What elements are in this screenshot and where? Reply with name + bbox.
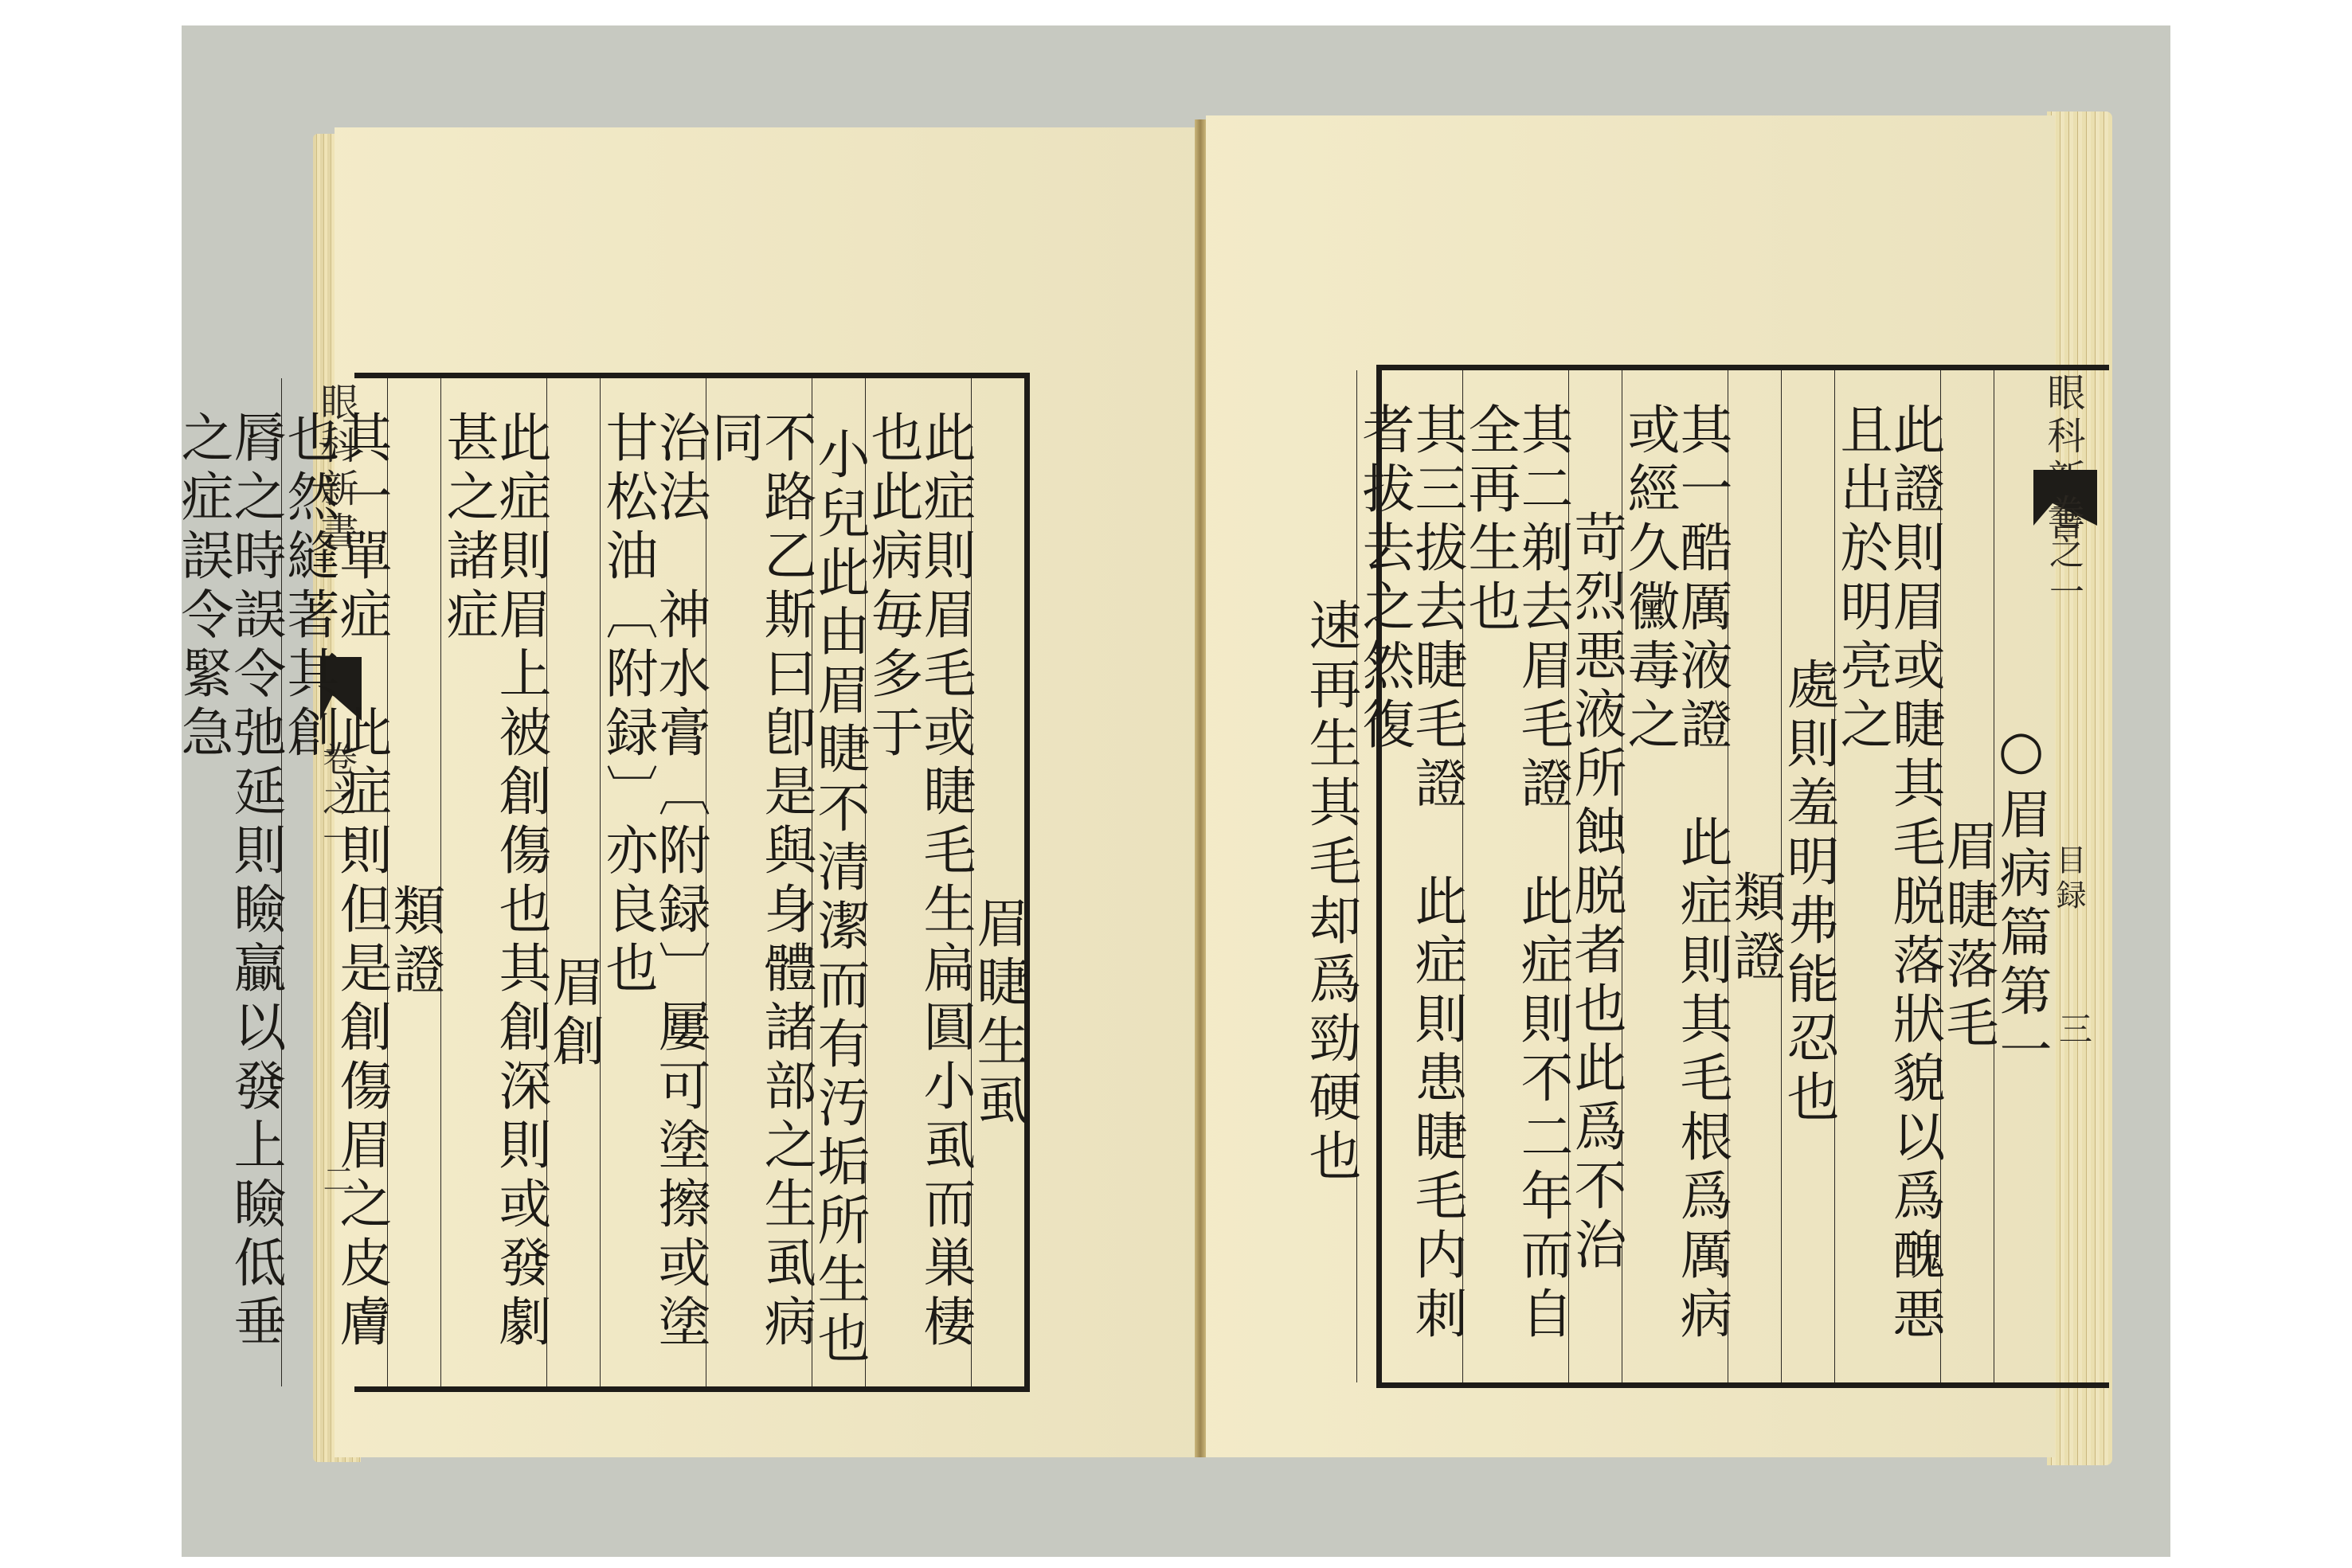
column-text: 不路乙斯曰卽是與身體諸部之生虱病同 xyxy=(706,410,812,1386)
left-col-7: 此症則眉上被創傷也其創深則或發劇甚之諸症 xyxy=(440,378,546,1386)
right-col-1-chapter-title: ○眉病篇第一 xyxy=(1994,370,2047,1382)
right-col-4: 處則羞明弗能忍也 xyxy=(1781,370,1834,1382)
right-col-5-subheading: 類證 xyxy=(1728,370,1781,1382)
column-text: 其一酷厲液證 此症則其毛根爲厲病或經久黴毒之 xyxy=(1622,402,1728,1382)
right-columns: ○眉病篇第一 眉睫落毛 此證則眉或睫其毛脱落狀貌以爲醜悪且出於明亮之 處則羞明弗… xyxy=(1382,370,2047,1382)
column-text: 脣之時誤令弛延則瞼贏以發上瞼低垂之症誤令緊急 xyxy=(176,410,281,1386)
column-text: 此症則眉上被創傷也其創深則或發劇甚之諸症 xyxy=(441,410,546,1386)
column-text: 類證 xyxy=(1728,870,1781,987)
column-text: 速再生其毛却爲勁硬也 xyxy=(1304,598,1356,1187)
column-text: 眉睫落毛 xyxy=(1941,819,1994,1054)
right-col-10: 速再生其毛却爲勁硬也 xyxy=(1304,370,1356,1382)
column-text: 其一單症 此症則但是創傷眉之皮膚也然縫著其創 xyxy=(282,410,387,1386)
book-gutter xyxy=(1195,119,1206,1457)
column-text: 其二剃去眉毛證 此症則不二年而自全再生也 xyxy=(1463,402,1568,1382)
column-text: 處則羞明弗能忍也 xyxy=(1782,657,1834,1128)
column-text: 苛烈悪液所蝕脱者也此爲不治 xyxy=(1569,510,1622,1276)
left-col-2: 此症則眉毛或睫毛生扁圓小虱而巣棲也此病毎多于 xyxy=(865,378,971,1386)
left-col-5: 治法 神水膏〔附録〕屢可塗擦或塗甘松油〔附録〕亦良也 xyxy=(600,378,706,1386)
column-text: 眉睫生虱 xyxy=(972,896,1024,1132)
left-col-9: 其一單症 此症則但是創傷眉之皮膚也然縫著其創 xyxy=(281,378,387,1386)
right-col-9: 其三拔去睫毛證 此症則患睫毛内刺者拔去之然復 xyxy=(1356,370,1462,1382)
left-col-1-heading: 眉睫生虱 xyxy=(971,378,1024,1386)
right-col-8: 其二剃去眉毛證 此症則不二年而自全再生也 xyxy=(1462,370,1568,1382)
left-col-4: 不路乙斯曰卽是與身體諸部之生虱病同 xyxy=(706,378,812,1386)
right-col-6: 其一酷厲液證 此症則其毛根爲厲病或經久黴毒之 xyxy=(1622,370,1728,1382)
left-col-10: 脣之時誤令弛延則瞼贏以發上瞼低垂之症誤令緊急 xyxy=(176,378,281,1386)
right-col-2-heading: 眉睫落毛 xyxy=(1940,370,1994,1382)
left-columns: 眉睫生虱 此症則眉毛或睫毛生扁圓小虱而巣棲也此病毎多于 小兒此由眉睫不清潔而有汚… xyxy=(354,378,1024,1386)
right-fold-section: 目録 xyxy=(2053,844,2084,914)
right-fold-page-number: 三 xyxy=(2057,1011,2090,1050)
right-fold-volume: 卷之一 xyxy=(2045,494,2080,613)
column-text: 眉創 xyxy=(547,955,600,1073)
column-text: 類證 xyxy=(388,883,440,1001)
right-col-7: 苛烈悪液所蝕脱者也此爲不治 xyxy=(1568,370,1622,1382)
left-col-3: 小兒此由眉睫不清潔而有汚垢所生也 xyxy=(812,378,865,1386)
left-col-6-heading: 眉創 xyxy=(546,378,600,1386)
column-text: 治法 神水膏〔附録〕屢可塗擦或塗甘松油〔附録〕亦良也 xyxy=(601,410,706,1386)
left-text-frame: 眉睫生虱 此症則眉毛或睫毛生扁圓小虱而巣棲也此病毎多于 小兒此由眉睫不清潔而有汚… xyxy=(354,373,1030,1392)
column-text: ○眉病篇第一 xyxy=(1994,719,2047,1081)
column-text: 此證則眉或睫其毛脱落狀貌以爲醜悪且出於明亮之 xyxy=(1835,402,1940,1382)
right-text-frame: ○眉病篇第一 眉睫落毛 此證則眉或睫其毛脱落狀貌以爲醜悪且出於明亮之 處則羞明弗… xyxy=(1376,365,2109,1388)
column-text: 小兒此由眉睫不清潔而有汚垢所生也 xyxy=(812,427,865,1370)
left-col-8-subheading: 類證 xyxy=(387,378,440,1386)
column-text: 其三拔去睫毛證 此症則患睫毛内刺者拔去之然復 xyxy=(1357,402,1462,1382)
column-text: 此症則眉毛或睫毛生扁圓小虱而巣棲也此病毎多于 xyxy=(866,410,971,1386)
right-col-3: 此證則眉或睫其毛脱落狀貌以爲醜悪且出於明亮之 xyxy=(1834,370,1940,1382)
